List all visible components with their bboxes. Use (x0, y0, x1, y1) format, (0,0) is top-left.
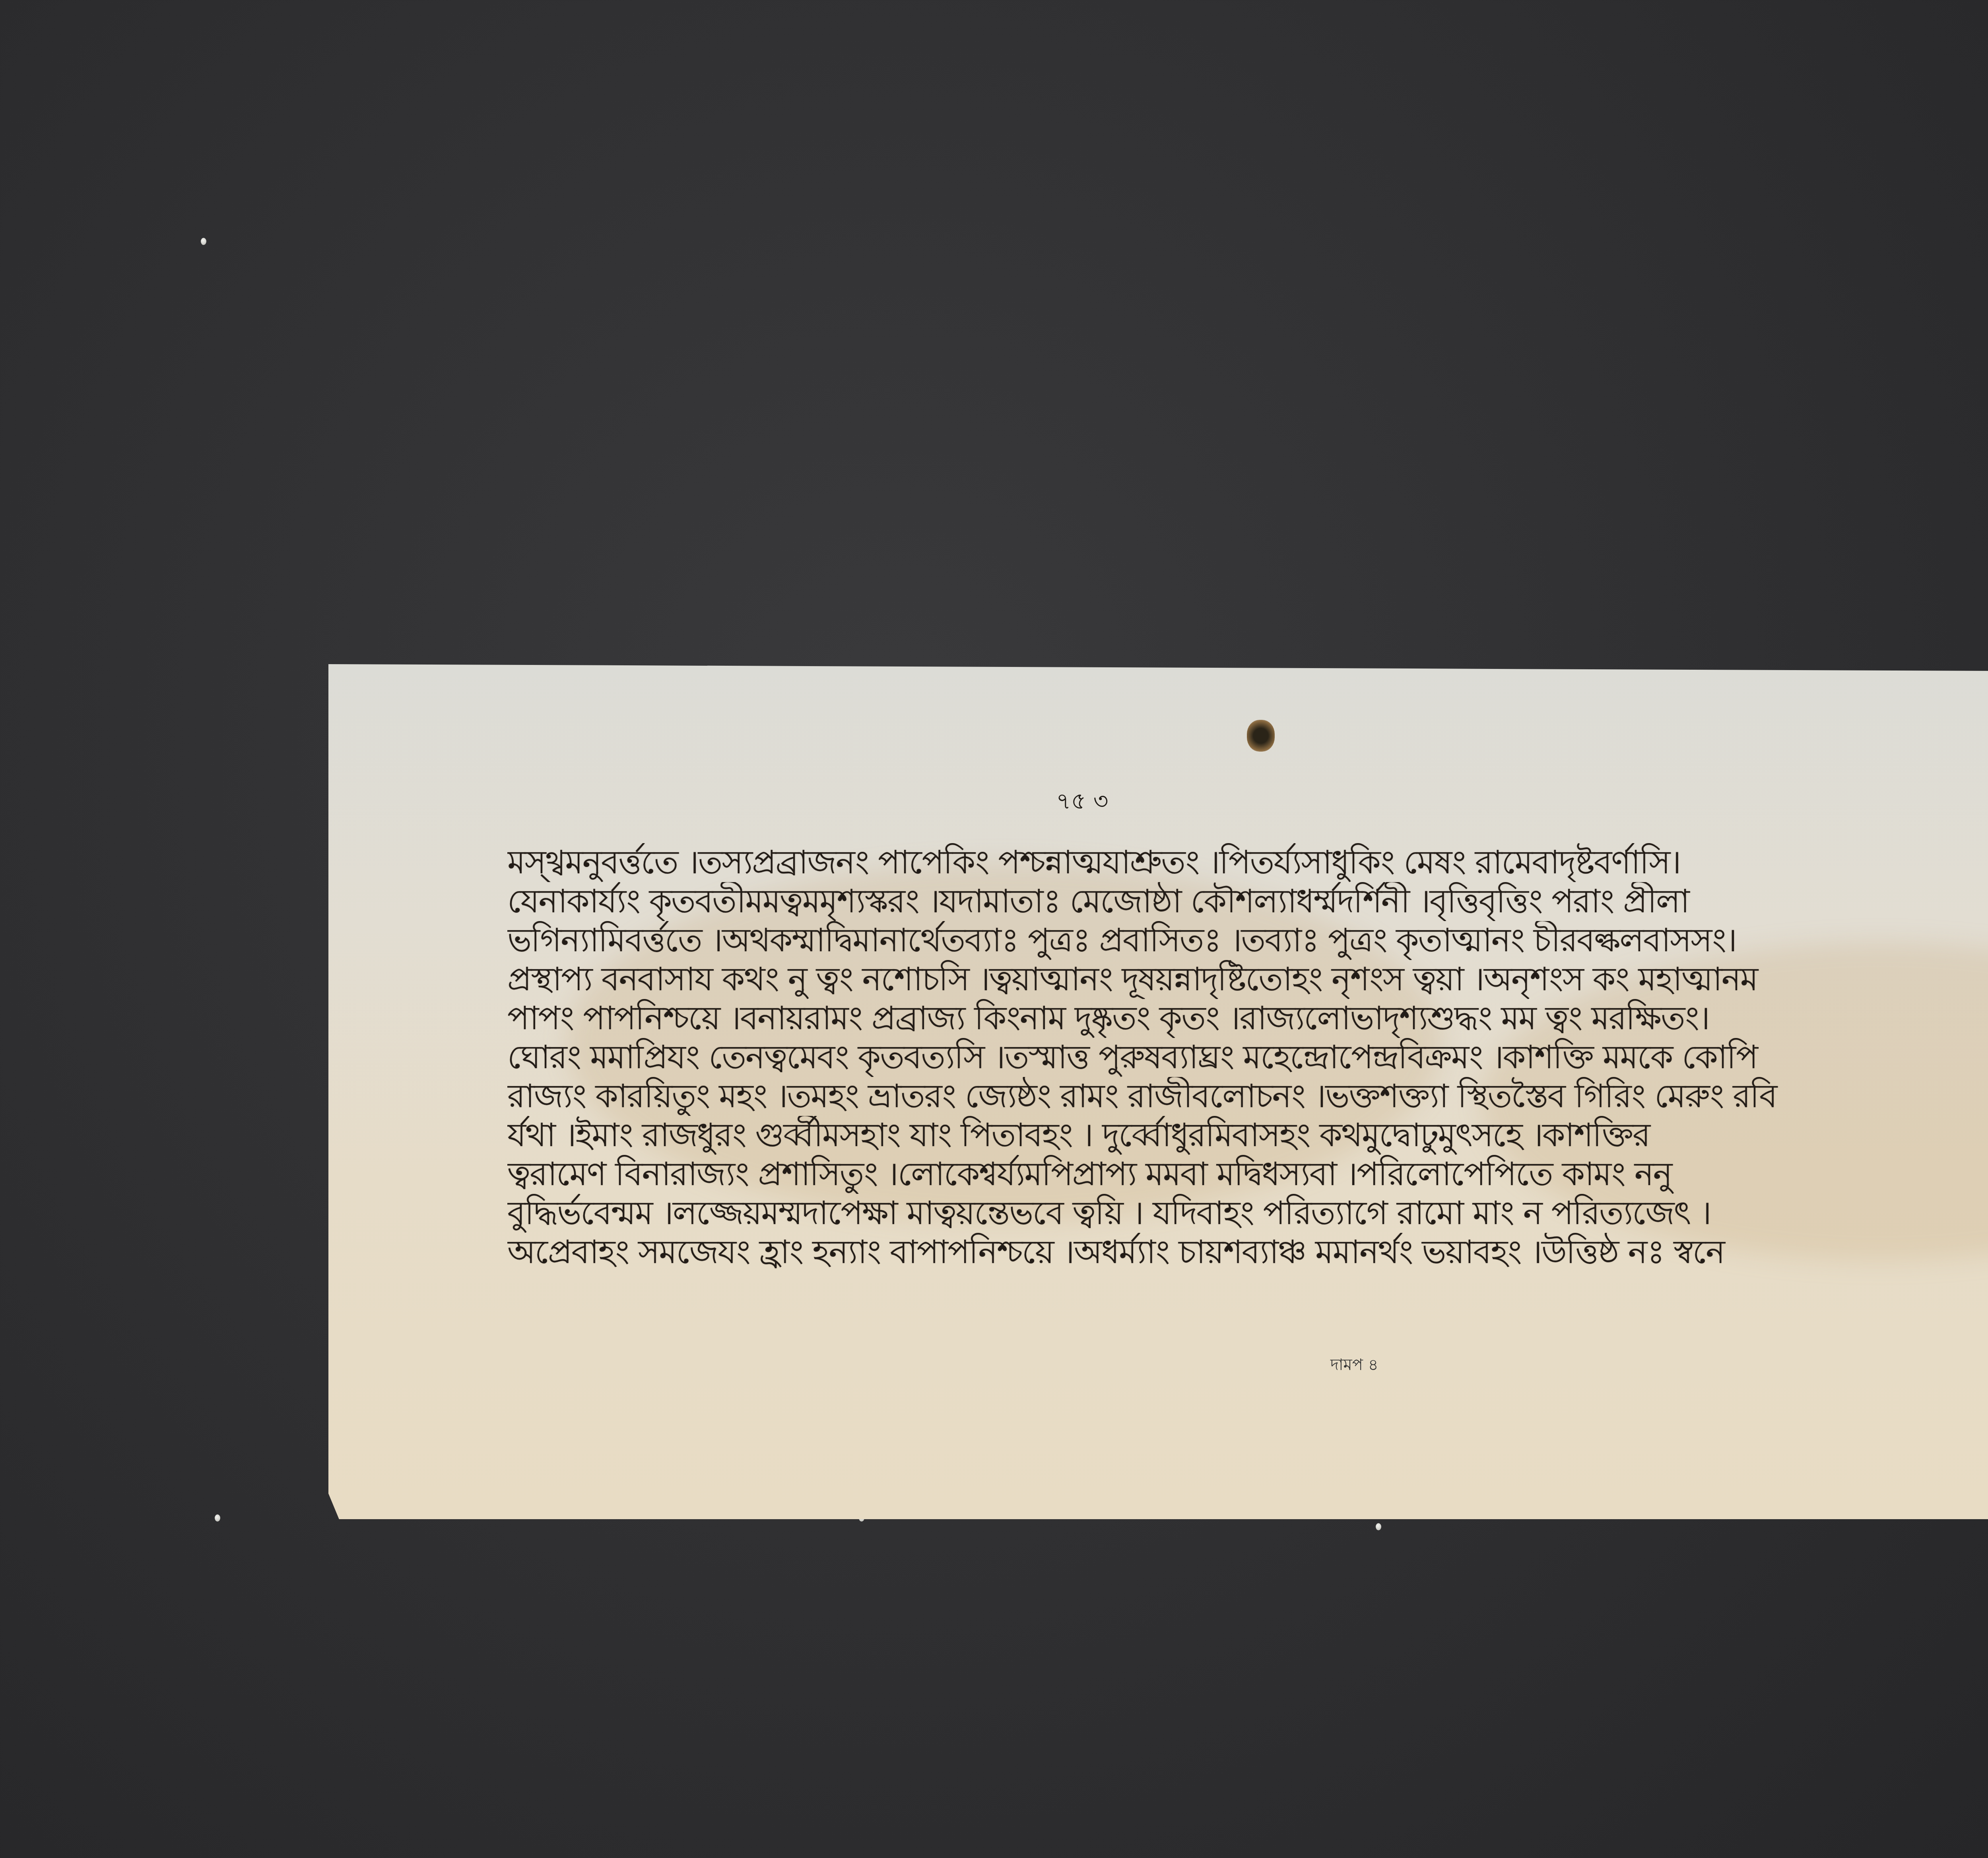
pin (201, 238, 206, 245)
folio-label-bottom: দামপ ৪ (1330, 1352, 1378, 1379)
text-line: অপ্রেবাহং সমজেযং হ্রাং হন্যাং বাপাপনিশ্চ… (507, 1233, 1988, 1272)
text-line: ঘোরং মমাপ্রিযং তেনত্বমেবং কৃতবত্যসি ।তস্… (507, 1038, 1988, 1077)
pin (1376, 1523, 1381, 1530)
folio-number-top: ৭৫ ৩ (1056, 783, 1109, 822)
text-line: ত্বরামেণ বিনারাজ্যং প্রশাসিতুং ।লোকেশ্বর… (507, 1155, 1988, 1194)
text-line: পাপং পাপনিশ্চয়ে ।বনায়রামং প্রব্রাজ্য ক… (507, 999, 1988, 1038)
text-line: প্রস্থাপ্য বনবাসায কথং নু ত্বং নশোচসি ।ত… (507, 960, 1988, 999)
text-line: বুদ্ধির্ভবেন্মম ।লজ্জেয়মম্মদাপেক্ষা মাত… (507, 1194, 1988, 1233)
pin (215, 1514, 220, 1522)
worm-hole (1247, 720, 1275, 752)
manuscript-text: মস্থ্বমনুবর্ত্ততে ।তস্যপ্রব্রাজনং পাপেকি… (507, 843, 1988, 1272)
text-line: মস্থ্বমনুবর্ত্ততে ।তস্যপ্রব্রাজনং পাপেকি… (507, 843, 1988, 882)
text-line: র্যথা ।ইমাং রাজধুরং গুর্ব্বীমসহাং যাং পি… (507, 1116, 1988, 1155)
text-line: যেনাকার্য্যং কৃতবতীমমত্বমমৃশ্যস্করং ।যদা… (507, 882, 1988, 921)
manuscript-leaf: ৭৫ ৩ মস্থ্বমনুবর্ত্ততে ।তস্যপ্রব্রাজনং প… (328, 664, 1988, 1519)
text-line: রাজ্যং কারয়িতুং মহং ।তমহং ভ্রাতরং জ্যেষ… (507, 1077, 1988, 1116)
text-line: ভগিন্যামিবর্ত্ততে ।অথকম্মাদ্বিমানার্থেতব… (507, 921, 1988, 960)
